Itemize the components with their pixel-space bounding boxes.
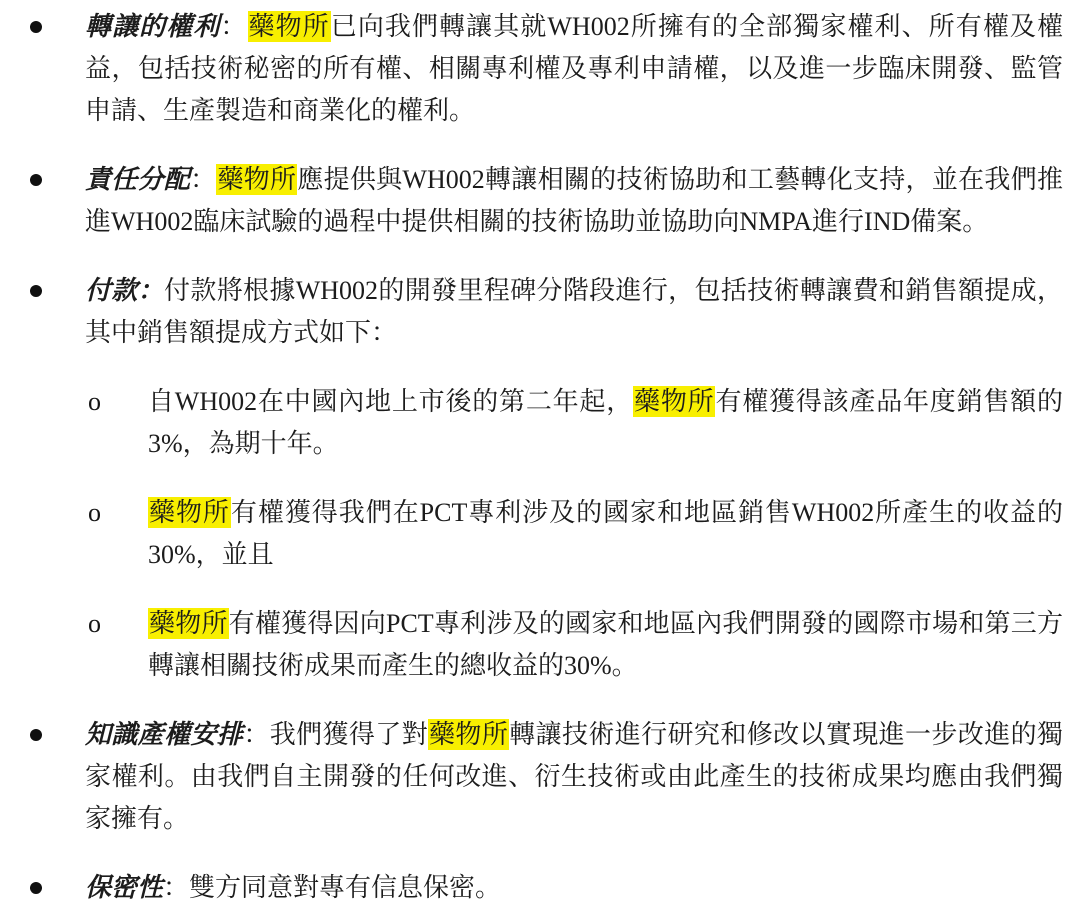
- text-line: 申請、生產製造和商業化的權利。: [85, 90, 1063, 132]
- bullet-item: 轉讓的權利：藥物所已向我們轉讓其就WH002所擁有的全部獨家權利、所有權及權益，…: [85, 6, 1063, 132]
- bullet-marker-icon: [30, 285, 42, 297]
- text-segment: 轉讓技術進行研究和修改以實現進一步改進的獨: [509, 720, 1063, 749]
- bullet-item: 責任分配：藥物所應提供與WH002轉讓相關的技術協助和工藝轉化支持，並在我們推進…: [85, 159, 1063, 243]
- text-segment: 有權獲得我們在PCT專利涉及的國家和地區銷售WH002所產生的收益的: [231, 498, 1063, 527]
- text-line: 藥物所有權獲得因向PCT專利涉及的國家和地區內我們開發的國際市場和第三方: [148, 603, 1063, 645]
- text-segment: 進WH002臨床試驗的過程中提供相關的技術協助並協助向NMPA進行IND備案。: [85, 207, 988, 236]
- text-line: 轉讓相關技術成果而產生的總收益的30%。: [148, 645, 1063, 687]
- bullet-item: 知識產權安排：我們獲得了對藥物所轉讓技術進行研究和修改以實現進一步改進的獨家權利…: [85, 714, 1063, 840]
- text-segment: 有權獲得該產品年度銷售額的: [715, 387, 1063, 416]
- bullet-marker-icon: [30, 882, 42, 894]
- text-segment: 其中銷售額提成方式如下：: [85, 318, 397, 347]
- text-line: 自WH002在中國內地上市後的第二年起，藥物所有權獲得該產品年度銷售額的: [148, 381, 1063, 423]
- label-segment: 責任分配: [85, 165, 190, 194]
- label-segment: 付款：: [85, 276, 164, 305]
- bullet-item: 保密性：雙方同意對專有信息保密。: [85, 867, 1063, 909]
- text-line: 3%，為期十年。: [148, 423, 1063, 465]
- text-segment: 付款將根據WH002的開發里程碑分階段進行，包括技術轉讓費和銷售額提成，: [164, 276, 1063, 305]
- text-line: 家擁有。: [85, 798, 1063, 840]
- text-segment: 30%，並且: [148, 540, 274, 569]
- text-line: 付款：付款將根據WH002的開發里程碑分階段進行，包括技術轉讓費和銷售額提成，: [85, 270, 1063, 312]
- document-body: 轉讓的權利：藥物所已向我們轉讓其就WH002所擁有的全部獨家權利、所有權及權益，…: [0, 0, 1080, 909]
- text-line: 益，包括技術秘密的所有權、相關專利權及專利申請權，以及進一步臨床開發、監管: [85, 48, 1063, 90]
- sub-bullet-item: o自WH002在中國內地上市後的第二年起，藥物所有權獲得該產品年度銷售額的3%，…: [148, 381, 1063, 465]
- text-segment: 申請、生產製造和商業化的權利。: [85, 96, 475, 125]
- text-segment: ：我們獲得了對: [243, 720, 428, 749]
- text-segment: ：雙方同意對專有信息保密。: [163, 873, 501, 902]
- text-line: 保密性：雙方同意對專有信息保密。: [85, 867, 1063, 909]
- bullet-marker-icon: [30, 21, 42, 33]
- text-segment: ：: [190, 165, 216, 194]
- text-segment: 自WH002在中國內地上市後的第二年起，: [148, 387, 633, 416]
- text-line: 知識產權安排：我們獲得了對藥物所轉讓技術進行研究和修改以實現進一步改進的獨: [85, 714, 1063, 756]
- text-segment: 有權獲得因向PCT專利涉及的國家和地區內我們開發的國際市場和第三方: [229, 609, 1063, 638]
- text-segment: 3%，為期十年。: [148, 429, 339, 458]
- text-segment: 已向我們轉讓其就WH002所擁有的全部獨家權利、所有權及權: [331, 12, 1063, 41]
- label-segment: 知識產權安排: [85, 720, 243, 749]
- text-line: 其中銷售額提成方式如下：: [85, 312, 1063, 354]
- text-line: 30%，並且: [148, 534, 1063, 576]
- highlight-segment: 藥物所: [428, 719, 509, 750]
- bullet-marker-icon: [30, 729, 42, 741]
- text-segment: 家權利。由我們自主開發的任何改進、衍生技術或由此產生的技術成果均應由我們獨: [85, 762, 1063, 791]
- sub-bullet-item: o藥物所有權獲得因向PCT專利涉及的國家和地區內我們開發的國際市場和第三方轉讓相…: [148, 603, 1063, 687]
- sub-bullet-item: o藥物所有權獲得我們在PCT專利涉及的國家和地區銷售WH002所產生的收益的30…: [148, 492, 1063, 576]
- text-line: 家權利。由我們自主開發的任何改進、衍生技術或由此產生的技術成果均應由我們獨: [85, 756, 1063, 798]
- text-line: 藥物所有權獲得我們在PCT專利涉及的國家和地區銷售WH002所產生的收益的: [148, 492, 1063, 534]
- text-line: 進WH002臨床試驗的過程中提供相關的技術協助並協助向NMPA進行IND備案。: [85, 201, 1063, 243]
- sub-bullet-marker-icon: o: [88, 381, 101, 423]
- text-line: 轉讓的權利：藥物所已向我們轉讓其就WH002所擁有的全部獨家權利、所有權及權: [85, 6, 1063, 48]
- text-segment: 應提供與WH002轉讓相關的技術協助和工藝轉化支持，並在我們推: [297, 165, 1063, 194]
- bullet-item: 付款：付款將根據WH002的開發里程碑分階段進行，包括技術轉讓費和銷售額提成，其…: [85, 270, 1063, 354]
- highlight-segment: 藥物所: [148, 497, 231, 528]
- label-segment: 轉讓的權利: [85, 12, 220, 41]
- text-segment: 益，包括技術秘密的所有權、相關專利權及專利申請權，以及進一步臨床開發、監管: [85, 54, 1063, 83]
- text-segment: ：: [220, 12, 247, 41]
- text-line: 責任分配：藥物所應提供與WH002轉讓相關的技術協助和工藝轉化支持，並在我們推: [85, 159, 1063, 201]
- bullet-marker-icon: [30, 174, 42, 186]
- highlight-segment: 藥物所: [216, 164, 297, 195]
- highlight-segment: 藥物所: [148, 608, 229, 639]
- sub-bullet-marker-icon: o: [88, 492, 101, 534]
- text-segment: 轉讓相關技術成果而產生的總收益的30%。: [148, 651, 638, 680]
- highlight-segment: 藥物所: [248, 11, 331, 42]
- sub-bullet-marker-icon: o: [88, 603, 101, 645]
- label-segment: 保密性: [85, 873, 163, 902]
- highlight-segment: 藥物所: [633, 386, 715, 417]
- text-segment: 家擁有。: [85, 804, 189, 833]
